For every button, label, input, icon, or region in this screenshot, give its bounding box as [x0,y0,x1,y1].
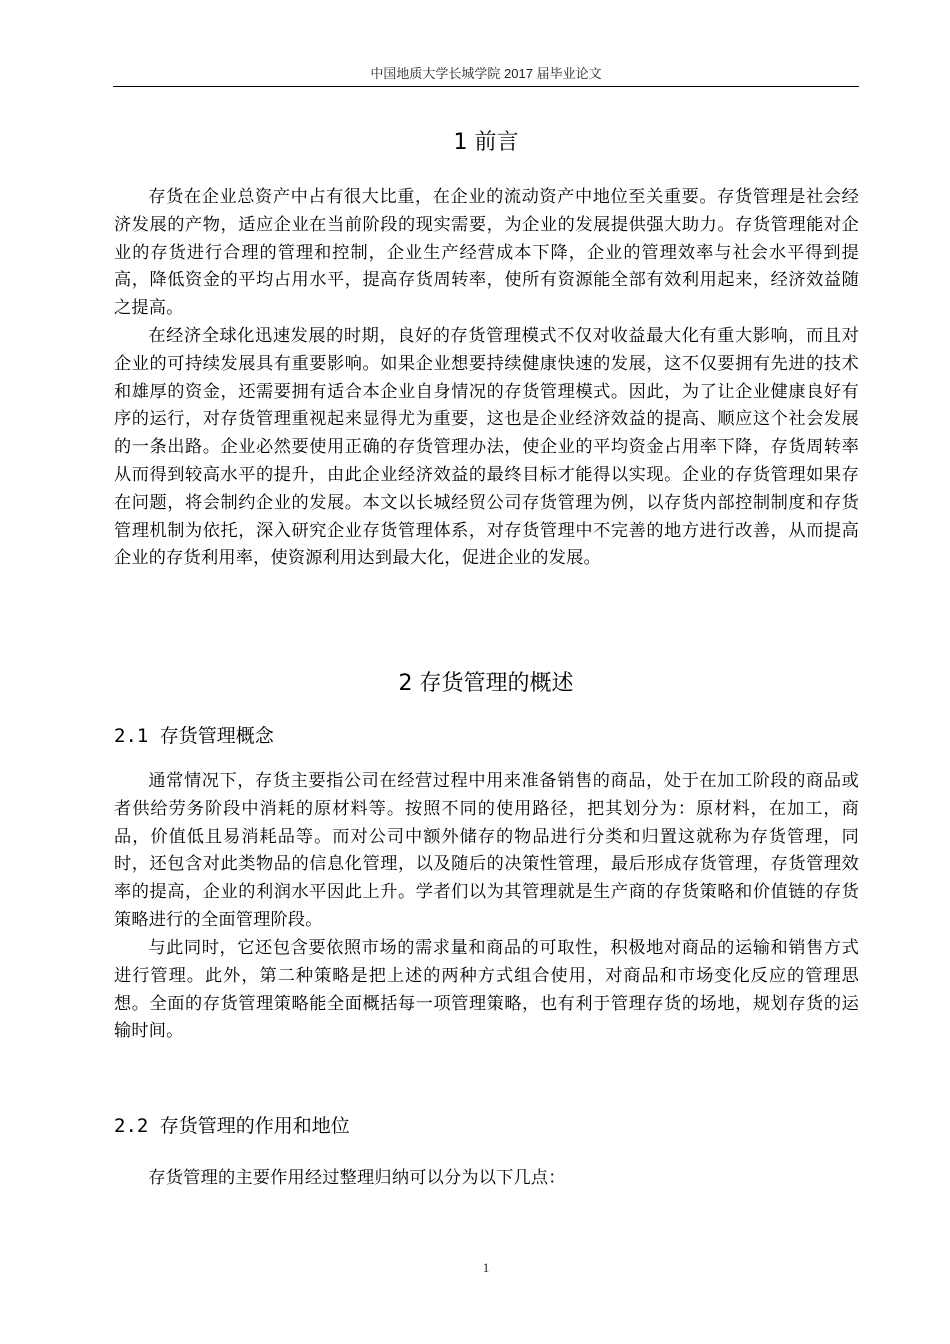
paragraph-1-1: 存货在企业总资产中占有很大比重，在企业的流动资产中地位至关重要。存货管理是社会经… [114,184,859,323]
chapter-title-1: 1 前言 [113,128,859,158]
running-header: 中国地质大学长城学院 2017 届毕业论文 [113,66,859,82]
paragraph-1-2: 在经济全球化迅速发展的时期，良好的存货管理模式不仅对收益最大化有重大影响，而且对… [114,323,859,573]
header-rule [113,86,859,87]
paragraph-2-2-1: 存货管理的主要作用经过整理归纳可以分为以下几点： [114,1165,859,1193]
page-number: 1 [113,1260,859,1276]
section-title-2-1: 2.1 存货管理概念 [114,723,274,749]
paragraph-2-1-1: 通常情况下，存货主要指公司在经营过程中用来准备销售的商品，处于在加工阶段的商品或… [114,768,859,935]
section-title-2-2: 2.2 存货管理的作用和地位 [114,1113,350,1139]
chapter-title-2: 2 存货管理的概述 [113,669,859,699]
paragraph-2-1-2: 与此同时，它还包含要依照市场的需求量和商品的可取性，积极地对商品的运输和销售方式… [114,935,859,1046]
